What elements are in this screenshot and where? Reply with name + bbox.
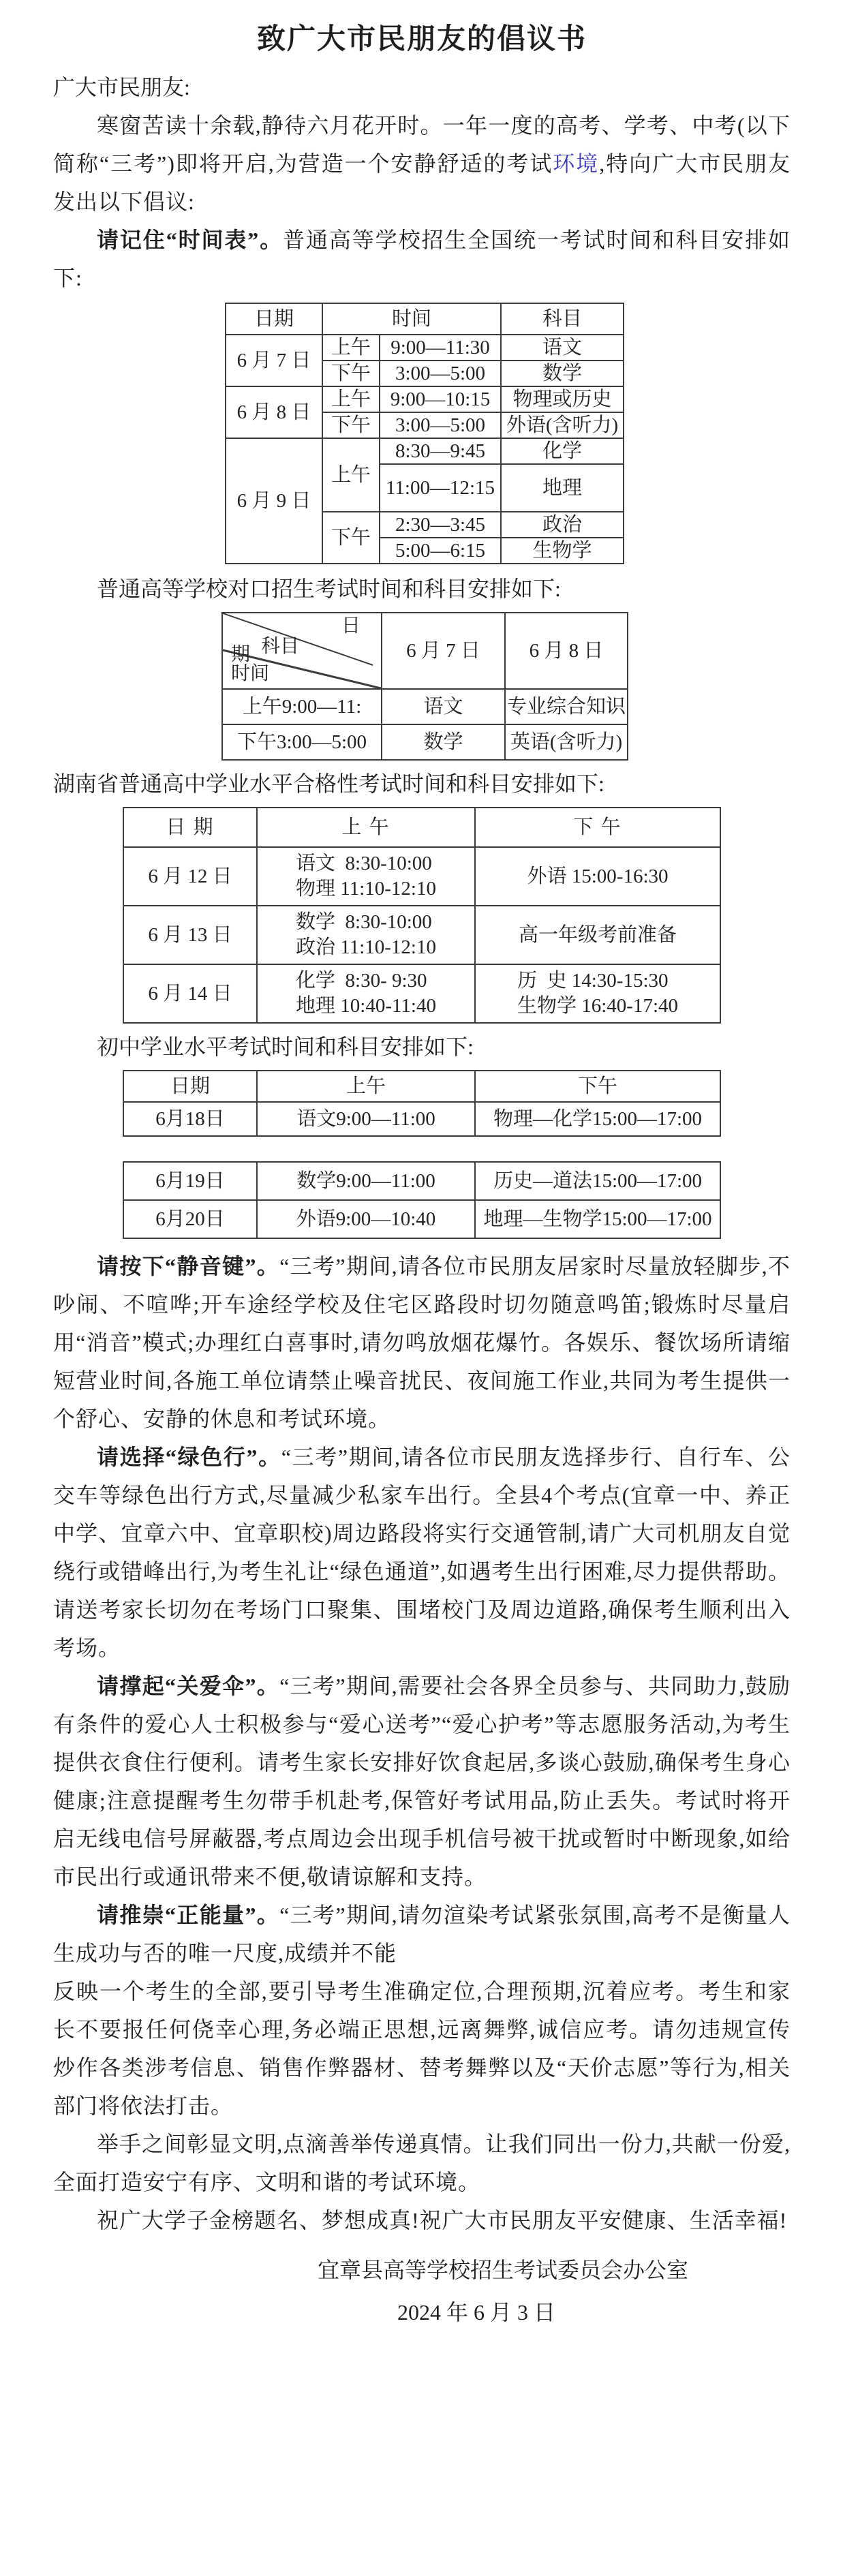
green-travel-paragraph: 请选择“绿色行”。“三考”期间,请各位市民朋友选择步行、自行车、公交车等绿色出行… <box>53 1438 791 1667</box>
cell-time: 5:00—6:15 <box>380 538 501 564</box>
positive-energy-continuation: 反映一个考生的全部,要引导考生准确定位,合理预期,沉着应考。考生和家长不要报任何… <box>53 1972 791 2125</box>
cell-line: 语文 8:30-10:00 <box>296 851 436 876</box>
document-content: 致广大市民朋友的倡议书 广大市民朋友: 寒窗苦读十余载,静待六月花开时。一年一度… <box>0 22 843 2333</box>
cell-morning: 化学 8:30- 9:30地理 10:40-11:40 <box>257 964 475 1023</box>
chuzhong-schedule-table-part2: 6月19日 数学9:00—11:00 历史—道法15:00—17:00 6月20… <box>123 1161 721 1239</box>
table-row: 6 月 13 日 数学 8:30-10:00政治 11:10-12:10 高一年… <box>123 906 720 964</box>
header-date: 日 期 <box>123 808 257 847</box>
hege-caption: 湖南省普通高中学业水平合格性考试时间和科目安排如下: <box>53 765 791 803</box>
cell-session: 上午 <box>322 438 380 512</box>
silence-rest: “三考”期间,请各位市民朋友居家时尽量放轻脚步,不吵闹、不喧哗;开车途经学校及住… <box>53 1254 791 1431</box>
cell-subject: 政治 <box>501 512 624 538</box>
table-row: 上午9:00—11: 语文 专业综合知识 <box>222 689 628 724</box>
table-header-row: 日 期 上 午 下 午 <box>123 808 720 847</box>
header-date: 日期 <box>226 303 322 335</box>
cell-line: 生物学 16:40-17:40 <box>517 994 678 1019</box>
cell-session: 上午 <box>322 335 380 361</box>
cell-morning: 语文9:00—11:00 <box>257 1102 475 1136</box>
salutation: 广大市民朋友: <box>53 68 791 106</box>
cell-date: 6 月 9 日 <box>226 438 322 564</box>
cell-afternoon: 历史—道法15:00—17:00 <box>475 1162 720 1200</box>
cell-time: 3:00—5:00 <box>380 412 501 438</box>
positive-lead: 请推崇“正能量”。 <box>97 1903 279 1927</box>
cell-date: 6 月 8 日 <box>226 386 322 438</box>
hege-schedule-table: 日 期 上 午 下 午 6 月 12 日 语文 8:30-10:00物理 11:… <box>123 807 721 1024</box>
cell-afternoon: 地理—生物学15:00—17:00 <box>475 1200 720 1238</box>
cell-line: 化学 8:30- 9:30 <box>296 968 436 994</box>
highlighted-link[interactable]: 环境 <box>553 151 599 176</box>
positive-energy-paragraph: 请推崇“正能量”。“三考”期间,请勿渲染考试紧张氛围,高考不是衡量人生成功与否的… <box>53 1896 791 1972</box>
cell-afternoon: 历 史 14:30-15:30生物学 16:40-17:40 <box>475 964 720 1023</box>
chuzhong-schedule-table-part1: 日期 上午 下午 6月18日 语文9:00—11:00 物理—化学15:00—1… <box>123 1070 721 1137</box>
cell-afternoon: 外语 15:00-16:30 <box>475 847 720 906</box>
schedule-paragraph: 请记住“时间表”。普通高等学校招生全国统一考试时间和科目安排如下: <box>53 221 791 297</box>
cell-time: 3:00—5:00 <box>380 361 501 386</box>
care-umbrella-paragraph: 请撑起“关爱伞”。“三考”期间,需要社会各界全员参与、共同助力,鼓励有条件的爱心… <box>53 1667 791 1896</box>
cell-date: 6 月 14 日 <box>123 964 257 1023</box>
cell-time: 8:30—9:45 <box>380 438 501 464</box>
cell-line: 外语 15:00-16:30 <box>527 864 668 889</box>
cell-line: 地理 10:40-11:40 <box>296 994 436 1019</box>
cell-subject: 英语(含听力) <box>505 724 628 760</box>
header-date: 日期 <box>123 1071 257 1102</box>
cell-time: 9:00—11:30 <box>380 335 501 361</box>
silence-paragraph: 请按下“静音键”。“三考”期间,请各位市民朋友居家时尽量放轻脚步,不吵闹、不喧哗… <box>53 1247 791 1438</box>
corner-label-time: 时间 <box>231 664 269 684</box>
table-row: 6 月 14 日 化学 8:30- 9:30地理 10:40-11:40 历 史… <box>123 964 720 1023</box>
cell-subject: 数学 <box>501 361 624 386</box>
cell-time: 2:30—3:45 <box>380 512 501 538</box>
issue-date: 2024 年 6 月 3 日 <box>53 2291 791 2333</box>
header-date-col2: 6 月 8 日 <box>505 613 628 689</box>
table-row: 6 月 12 日 语文 8:30-10:00物理 11:10-12:10 外语 … <box>123 847 720 906</box>
document-page: 致广大市民朋友的倡议书 广大市民朋友: 寒窗苦读十余载,静待六月花开时。一年一度… <box>0 0 843 2576</box>
corner-label-date-2: 期 <box>231 645 250 665</box>
header-morning: 上 午 <box>257 808 475 847</box>
cell-line: 高一年级考前准备 <box>519 923 677 948</box>
header-subject: 科目 <box>501 303 624 335</box>
schedule-lead: 请记住“时间表”。 <box>97 228 283 252</box>
cell-line: 政治 11:10-12:10 <box>296 935 436 960</box>
duikou-schedule-table: 日 期 科目 时间 6 月 7 日 6 月 8 日 上午9:00—11: 语文 … <box>221 612 628 761</box>
green-rest: “三考”期间,请各位市民朋友选择步行、自行车、公交车等绿色出行方式,尽量减少私家… <box>53 1445 791 1660</box>
cell-date: 6月20日 <box>123 1200 257 1238</box>
header-afternoon: 下 午 <box>475 808 720 847</box>
table-row: 6 月 9 日 上午 8:30—9:45 化学 <box>226 438 624 464</box>
cell-subject: 外语(含听力) <box>501 412 624 438</box>
signature-block: 宜章县高等学校招生考试委员会办公室 2024 年 6 月 3 日 <box>53 2249 791 2333</box>
cell-session: 下午 <box>322 412 380 438</box>
table-row: 6 月 8 日 上午 9:00—10:15 物理或历史 <box>226 386 624 412</box>
issuing-organization: 宜章县高等学校招生考试委员会办公室 <box>53 2249 791 2291</box>
cell-morning: 语文 8:30-10:00物理 11:10-12:10 <box>257 847 475 906</box>
silence-lead: 请按下“静音键”。 <box>97 1254 279 1278</box>
cell-date: 6 月 7 日 <box>226 335 322 386</box>
table-row: 下午3:00—5:00 数学 英语(含听力) <box>222 724 628 760</box>
table-header-row: 日期 时间 科目 <box>226 303 624 335</box>
cell-date: 6月19日 <box>123 1162 257 1200</box>
chuzhong-caption: 初中学业水平考试时间和科目安排如下: <box>53 1028 791 1066</box>
corner-label-date-1: 日 <box>341 616 361 637</box>
cell-subject: 化学 <box>501 438 624 464</box>
cell-time: 上午9:00—11: <box>222 689 382 724</box>
cell-subject: 地理 <box>501 464 624 512</box>
table-row: 6月18日 语文9:00—11:00 物理—化学15:00—17:00 <box>123 1102 720 1136</box>
header-date-col1: 6 月 7 日 <box>382 613 505 689</box>
cell-subject: 物理或历史 <box>501 386 624 412</box>
cell-line: 数学 8:30-10:00 <box>296 910 436 935</box>
table-row: 6月20日 外语9:00—10:40 地理—生物学15:00—17:00 <box>123 1200 720 1238</box>
page-title: 致广大市民朋友的倡议书 <box>53 22 791 57</box>
corner-label-subject: 科目 <box>261 637 299 657</box>
cell-time: 11:00—12:15 <box>380 464 501 512</box>
header-time: 时间 <box>322 303 501 335</box>
header-morning: 上午 <box>257 1071 475 1102</box>
diagonal-header-cell: 日 期 科目 时间 <box>222 613 382 689</box>
cell-subject: 数学 <box>382 724 505 760</box>
gaokao-schedule-table: 日期 时间 科目 6 月 7 日 上午 9:00—11:30 语文 下午 3:0… <box>225 303 624 564</box>
cell-subject: 语文 <box>382 689 505 724</box>
cell-session: 下午 <box>322 361 380 386</box>
cell-session: 下午 <box>322 512 380 564</box>
cell-subject: 语文 <box>501 335 624 361</box>
cell-time: 9:00—10:15 <box>380 386 501 412</box>
wish-paragraph: 祝广大学子金榜题名、梦想成真!祝广大市民朋友平安健康、生活幸福! <box>53 2201 791 2239</box>
cell-date: 6 月 12 日 <box>123 847 257 906</box>
cell-morning: 数学9:00—11:00 <box>257 1162 475 1200</box>
cell-afternoon: 物理—化学15:00—17:00 <box>475 1102 720 1136</box>
table-row: 6 月 7 日 上午 9:00—11:30 语文 <box>226 335 624 361</box>
umbrella-lead: 请撑起“关爱伞”。 <box>97 1674 279 1698</box>
cell-morning: 数学 8:30-10:00政治 11:10-12:10 <box>257 906 475 964</box>
cell-subject: 专业综合知识 <box>505 689 628 724</box>
green-lead: 请选择“绿色行”。 <box>97 1445 281 1469</box>
cell-line: 历 史 14:30-15:30 <box>517 968 678 994</box>
duikou-caption: 普通高等学校对口招生考试时间和科目安排如下: <box>53 570 791 608</box>
closing-paragraph: 举手之间彰显文明,点滴善举传递真情。让我们同出一份力,共献一份爱,全面打造安宁有… <box>53 2125 791 2201</box>
cell-subject: 生物学 <box>501 538 624 564</box>
header-afternoon: 下午 <box>475 1071 720 1102</box>
cell-afternoon: 高一年级考前准备 <box>475 906 720 964</box>
cell-line: 物理 11:10-12:10 <box>296 876 436 902</box>
intro-paragraph: 寒窗苦读十余载,静待六月花开时。一年一度的高考、学考、中考(以下简称“三考”)即… <box>53 106 791 221</box>
cell-session: 上午 <box>322 386 380 412</box>
table-header-row: 日期 上午 下午 <box>123 1071 720 1102</box>
table-header-row: 日 期 科目 时间 6 月 7 日 6 月 8 日 <box>222 613 628 689</box>
cell-time: 下午3:00—5:00 <box>222 724 382 760</box>
umbrella-rest: “三考”期间,需要社会各界全员参与、共同助力,鼓励有条件的爱心人士积极参与“爱心… <box>53 1674 791 1889</box>
table-row: 6月19日 数学9:00—11:00 历史—道法15:00—17:00 <box>123 1162 720 1200</box>
cell-date: 6 月 13 日 <box>123 906 257 964</box>
cell-date: 6月18日 <box>123 1102 257 1136</box>
cell-morning: 外语9:00—10:40 <box>257 1200 475 1238</box>
